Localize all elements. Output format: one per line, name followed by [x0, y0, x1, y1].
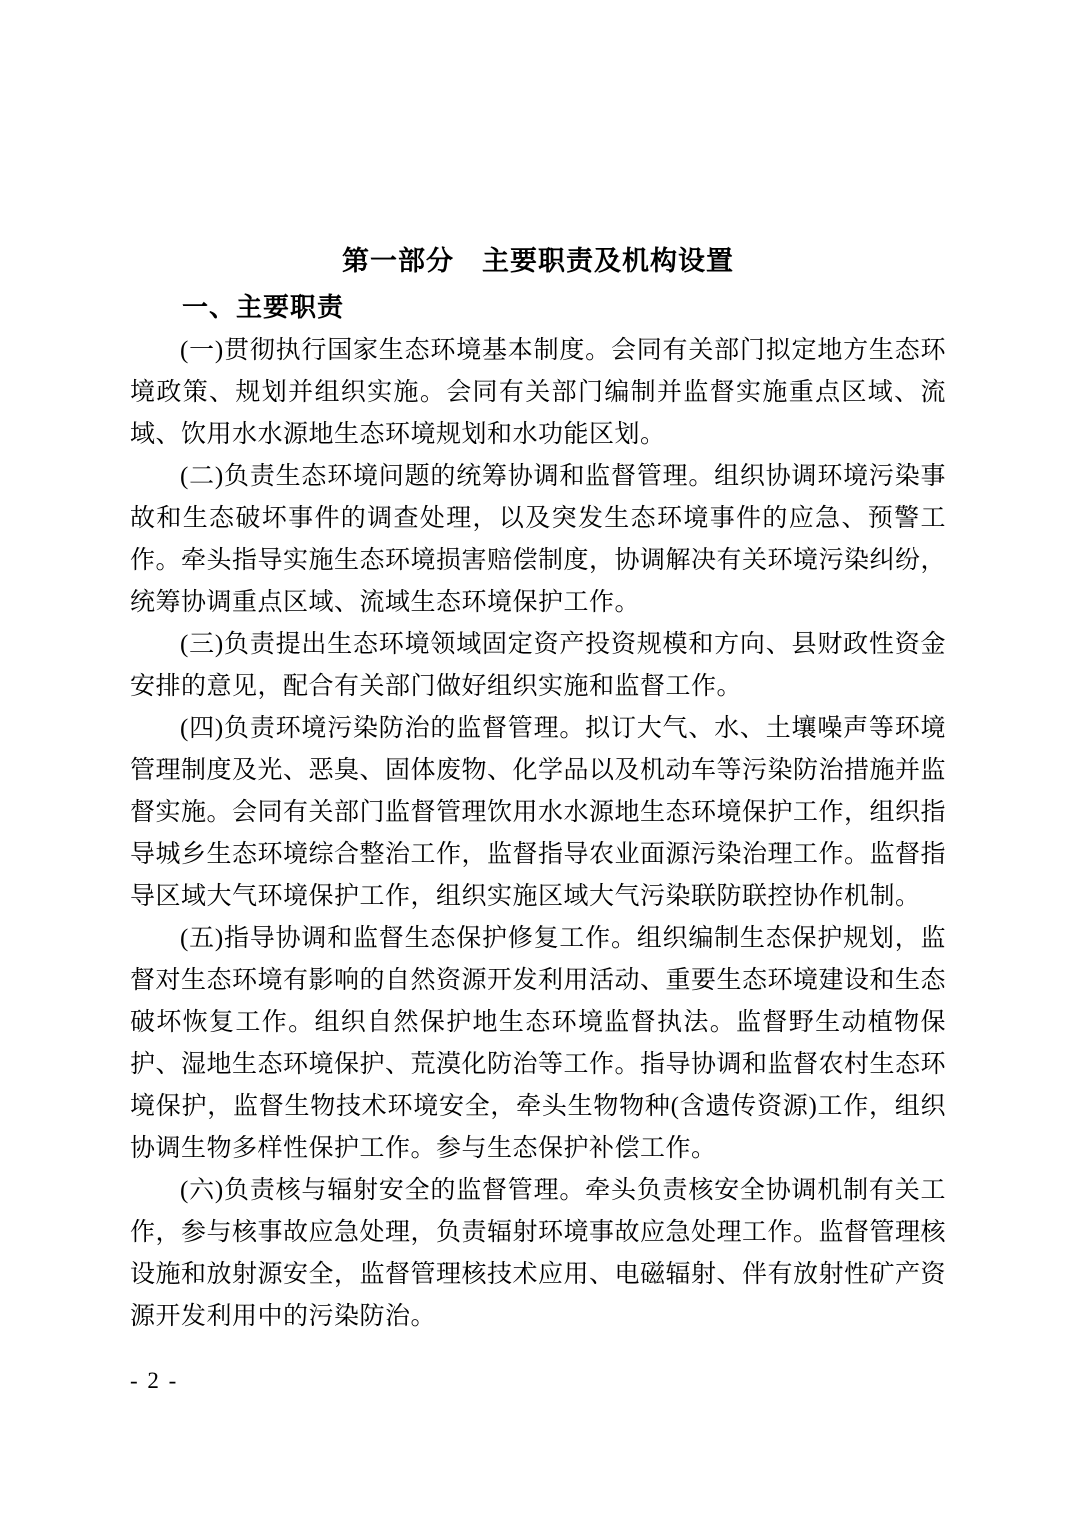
body-paragraph-2: (二)负责生态环境问题的统筹协调和监督管理。组织协调环境污染事故和生态破坏事件的…	[130, 456, 946, 624]
body-paragraph-3: (三)负责提出生态环境领域固定资产投资规模和方向、县财政性资金安排的意见，配合有…	[130, 624, 946, 708]
document-content: 第一部分 主要职责及机构设置 一、主要职责 (一)贯彻执行国家生态环境基本制度。…	[130, 238, 946, 1338]
page-number: - 2 -	[130, 1366, 178, 1396]
body-paragraph-4: (四)负责环境污染防治的监督管理。拟订大气、水、土壤噪声等环境管理制度及光、恶臭…	[130, 708, 946, 918]
body-paragraph-6: (六)负责核与辐射安全的监督管理。牵头负责核安全协调机制有关工作，参与核事故应急…	[130, 1170, 946, 1338]
body-paragraph-5: (五)指导协调和监督生态保护修复工作。组织编制生态保护规划，监督对生态环境有影响…	[130, 918, 946, 1170]
document-page: 第一部分 主要职责及机构设置 一、主要职责 (一)贯彻执行国家生态环境基本制度。…	[0, 0, 1074, 1520]
section-heading: 一、主要职责	[130, 286, 946, 330]
document-title: 第一部分 主要职责及机构设置	[130, 238, 946, 284]
body-paragraph-1: (一)贯彻执行国家生态环境基本制度。会同有关部门拟定地方生态环境政策、规划并组织…	[130, 330, 946, 456]
